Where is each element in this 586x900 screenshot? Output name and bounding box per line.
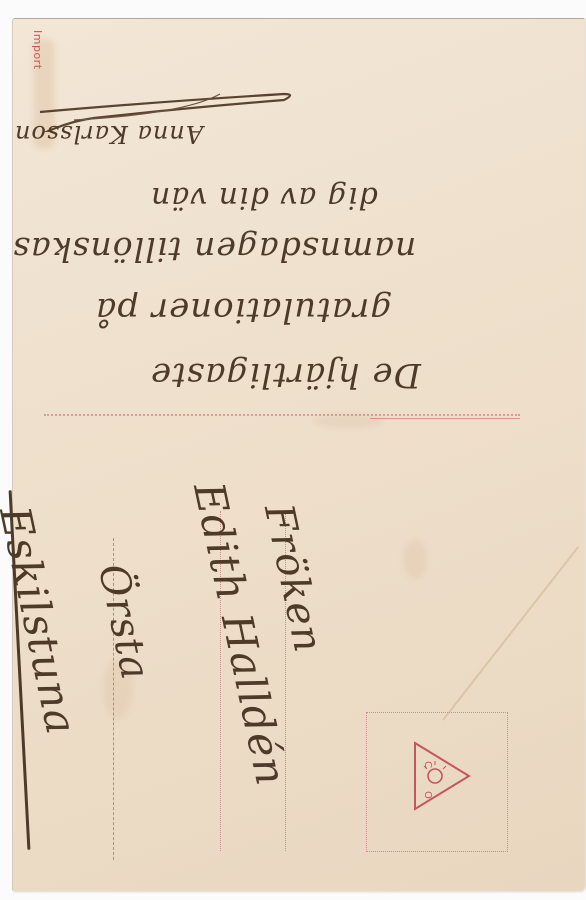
message-line-3: namnsdagen tillönskas <box>12 230 416 269</box>
stain <box>313 414 383 428</box>
crease-mark <box>442 546 579 721</box>
publisher-logo-icon: C O <box>411 739 473 813</box>
message-line-4: dig av din vän <box>150 180 378 215</box>
stamp-box: C O <box>366 712 508 852</box>
divider-line-solid <box>370 418 520 419</box>
svg-text:O: O <box>422 791 433 799</box>
divider-line <box>44 414 520 416</box>
signature: Anna Karlsson <box>14 120 203 148</box>
import-label: Import <box>31 30 44 70</box>
message-line-1: De hjärtligaste <box>150 355 421 395</box>
message-line-2: gratulationer på <box>95 290 392 330</box>
stain <box>403 539 427 579</box>
svg-text:C: C <box>422 761 433 768</box>
